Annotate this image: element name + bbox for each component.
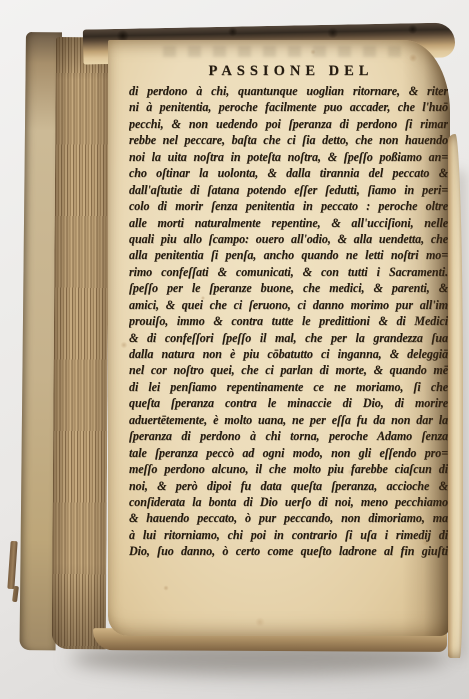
text-line: ſpeſſo per le ſperanze buone, che medici… bbox=[129, 280, 448, 296]
text-line: quali piu allo ſcampo: ouero all'odio, &… bbox=[129, 231, 448, 247]
text-line: dalla natura non è piu cōbatutto ci inga… bbox=[129, 346, 448, 362]
text-line: aduertētemente, è molto uana, ne per eſſ… bbox=[129, 412, 448, 428]
text-line: noi la uita noſtra in poteſta noſtra, & … bbox=[129, 149, 448, 165]
text-line: conſiderata la bonta di Dio uerſo di noi… bbox=[129, 494, 448, 510]
text-line: prouiſo, immo & contra tutte le preditti… bbox=[129, 313, 448, 329]
text-line: & di confeſſori ſpeſſo il mal, che per l… bbox=[129, 330, 448, 346]
vellum-binding-tie bbox=[7, 541, 17, 589]
running-header: PASSIONE DEL bbox=[129, 61, 448, 81]
page-edges-stack bbox=[52, 37, 110, 649]
text-line: amici, & quei che ci ſeruono, ci danno m… bbox=[129, 297, 448, 313]
text-line: di lei penſiamo repentinamente ce ne mor… bbox=[129, 379, 448, 395]
text-line: di perdono à chi, quantunque uoglian rit… bbox=[129, 83, 448, 99]
text-line: ni à penitentia, peroche facilmente puo … bbox=[129, 99, 448, 115]
text-line: Dio, ſuo danno, ò certo come queſto ladr… bbox=[129, 543, 448, 559]
text-line: rebbe nel peccare, baſta che ci ſia dett… bbox=[129, 132, 448, 148]
ink-show-through bbox=[163, 46, 401, 57]
text-line: & hauendo peccato, ò pur peccando, non d… bbox=[129, 510, 448, 526]
text-line: meſſo perdono alcuno, il che molto piu f… bbox=[129, 461, 448, 477]
text-line: ſperanza di perdono à chi torna, peroche… bbox=[129, 428, 448, 444]
text-line: dall'aſtutie di ſatana potendo eſſer ſed… bbox=[129, 182, 448, 198]
text-line: cho oſtinar la uolonta, & dalla tirannia… bbox=[129, 165, 448, 181]
printed-text-block: PASSIONE DEL di perdono à chi, quantunqu… bbox=[129, 61, 448, 560]
text-line: à lui ritorniamo, chi poi in contrario ſ… bbox=[129, 527, 448, 543]
text-line: rimo confeſſati & comunicati, & con tutt… bbox=[129, 264, 448, 280]
text-line: colo di morir ſenza penitentia in peccat… bbox=[129, 198, 448, 214]
text-line: alla penitentia ſi penſa, ancho quando n… bbox=[129, 247, 448, 263]
book-page: PASSIONE DEL di perdono à chi, quantunqu… bbox=[108, 40, 450, 636]
text-line: queſta ſperanza contra le minaccie di Di… bbox=[129, 395, 448, 411]
text-line: alle morti naturalmente repentine, & all… bbox=[129, 215, 448, 231]
text-line: tale ſperanza peccò ad ogni modo, non gl… bbox=[129, 445, 448, 461]
text-line: pecchi, & non uedendo poi ſperanza di pe… bbox=[129, 116, 448, 132]
body-text: di perdono à chi, quantunque uoglian rit… bbox=[129, 83, 448, 560]
photo-background: PASSIONE DEL di perdono à chi, quantunqu… bbox=[0, 0, 469, 699]
facing-page-edge bbox=[448, 134, 463, 658]
vellum-binding-tie-end bbox=[12, 586, 19, 602]
text-line: nel cor noſtro quei, che ci parlan di mo… bbox=[129, 362, 448, 378]
text-line: noi, & però dipoi fu data queſta ſperanz… bbox=[129, 478, 448, 494]
